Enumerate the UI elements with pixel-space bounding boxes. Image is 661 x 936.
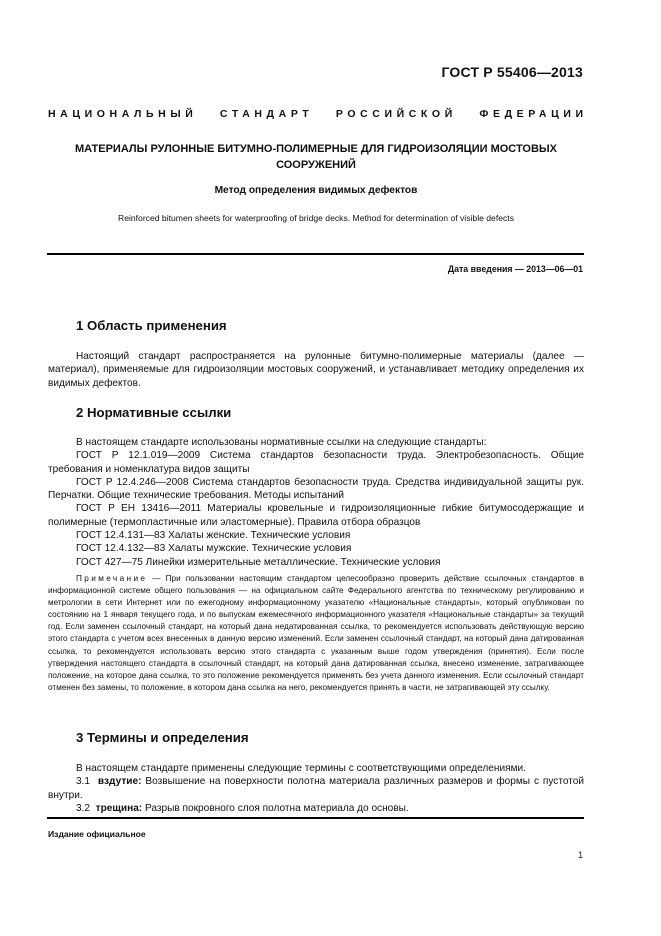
section-2-body: В настоящем стандарте использованы норма… [48, 436, 584, 569]
reference-item: ГОСТ Р 12.4.246—2008 Система стандартов … [48, 476, 584, 503]
section-3-body: В настоящем стандарте применены следующи… [48, 762, 584, 815]
section-1-heading: 1 Область применения [76, 318, 227, 333]
footer-divider [47, 817, 584, 819]
document-title: МАТЕРИАЛЫ РУЛОННЫЕ БИТУМНО-ПОЛИМЕРНЫЕ ДЛ… [48, 141, 584, 173]
paragraph: В настоящем стандарте применены следующи… [48, 762, 584, 775]
term-number: 3.1 [76, 776, 90, 787]
document-number: ГОСТ Р 55406—2013 [441, 64, 583, 80]
term-name: вздутие: [98, 776, 142, 787]
references-note: Примечание — При пользовании настоящим с… [48, 573, 584, 694]
section-3-heading: 3 Термины и определения [76, 730, 249, 745]
reference-item: ГОСТ Р 12.1.019—2009 Система стандартов … [48, 449, 584, 476]
reference-item: ГОСТ 12.4.131—83 Халаты женские. Техниче… [48, 529, 584, 542]
term-name: трещина: [96, 803, 143, 814]
section-2-heading: 2 Нормативные ссылки [76, 405, 231, 420]
reference-item: ГОСТ Р ЕН 13416—2011 Материалы кровельны… [48, 502, 584, 529]
note-text: — При пользовании настоящим стандартом ц… [48, 574, 584, 692]
national-standard-banner: НАЦИОНАЛЬНЫЙ СТАНДАРТ РОССИЙСКОЙ ФЕДЕРАЦ… [48, 108, 588, 120]
document-subtitle: Метод определения видимых дефектов [48, 185, 584, 196]
section-1-body: Настоящий стандарт распространяется на р… [48, 350, 584, 390]
paragraph: В настоящем стандарте использованы норма… [48, 436, 584, 449]
term-text: Разрыв покровного слоя полотна материала… [145, 803, 409, 814]
reference-item: ГОСТ 12.4.132—83 Халаты мужские. Техниче… [48, 542, 584, 555]
header-divider [47, 253, 584, 255]
edition-label: Издание официальное [48, 829, 146, 839]
reference-item: ГОСТ 427—75 Линейки измерительные металл… [48, 556, 584, 569]
introduction-date: Дата введения — 2013—06—01 [448, 264, 583, 274]
english-title: Reinforced bitumen sheets for waterproof… [48, 213, 584, 223]
term-number: 3.2 [76, 803, 90, 814]
paragraph: Настоящий стандарт распространяется на р… [48, 350, 584, 390]
note-label: Примечание [76, 574, 147, 583]
term-definition: 3.1 вздутие: Возвышение на поверхности п… [48, 775, 584, 802]
page-number: 1 [578, 850, 583, 860]
term-definition: 3.2 трещина: Разрыв покровного слоя поло… [48, 802, 584, 815]
